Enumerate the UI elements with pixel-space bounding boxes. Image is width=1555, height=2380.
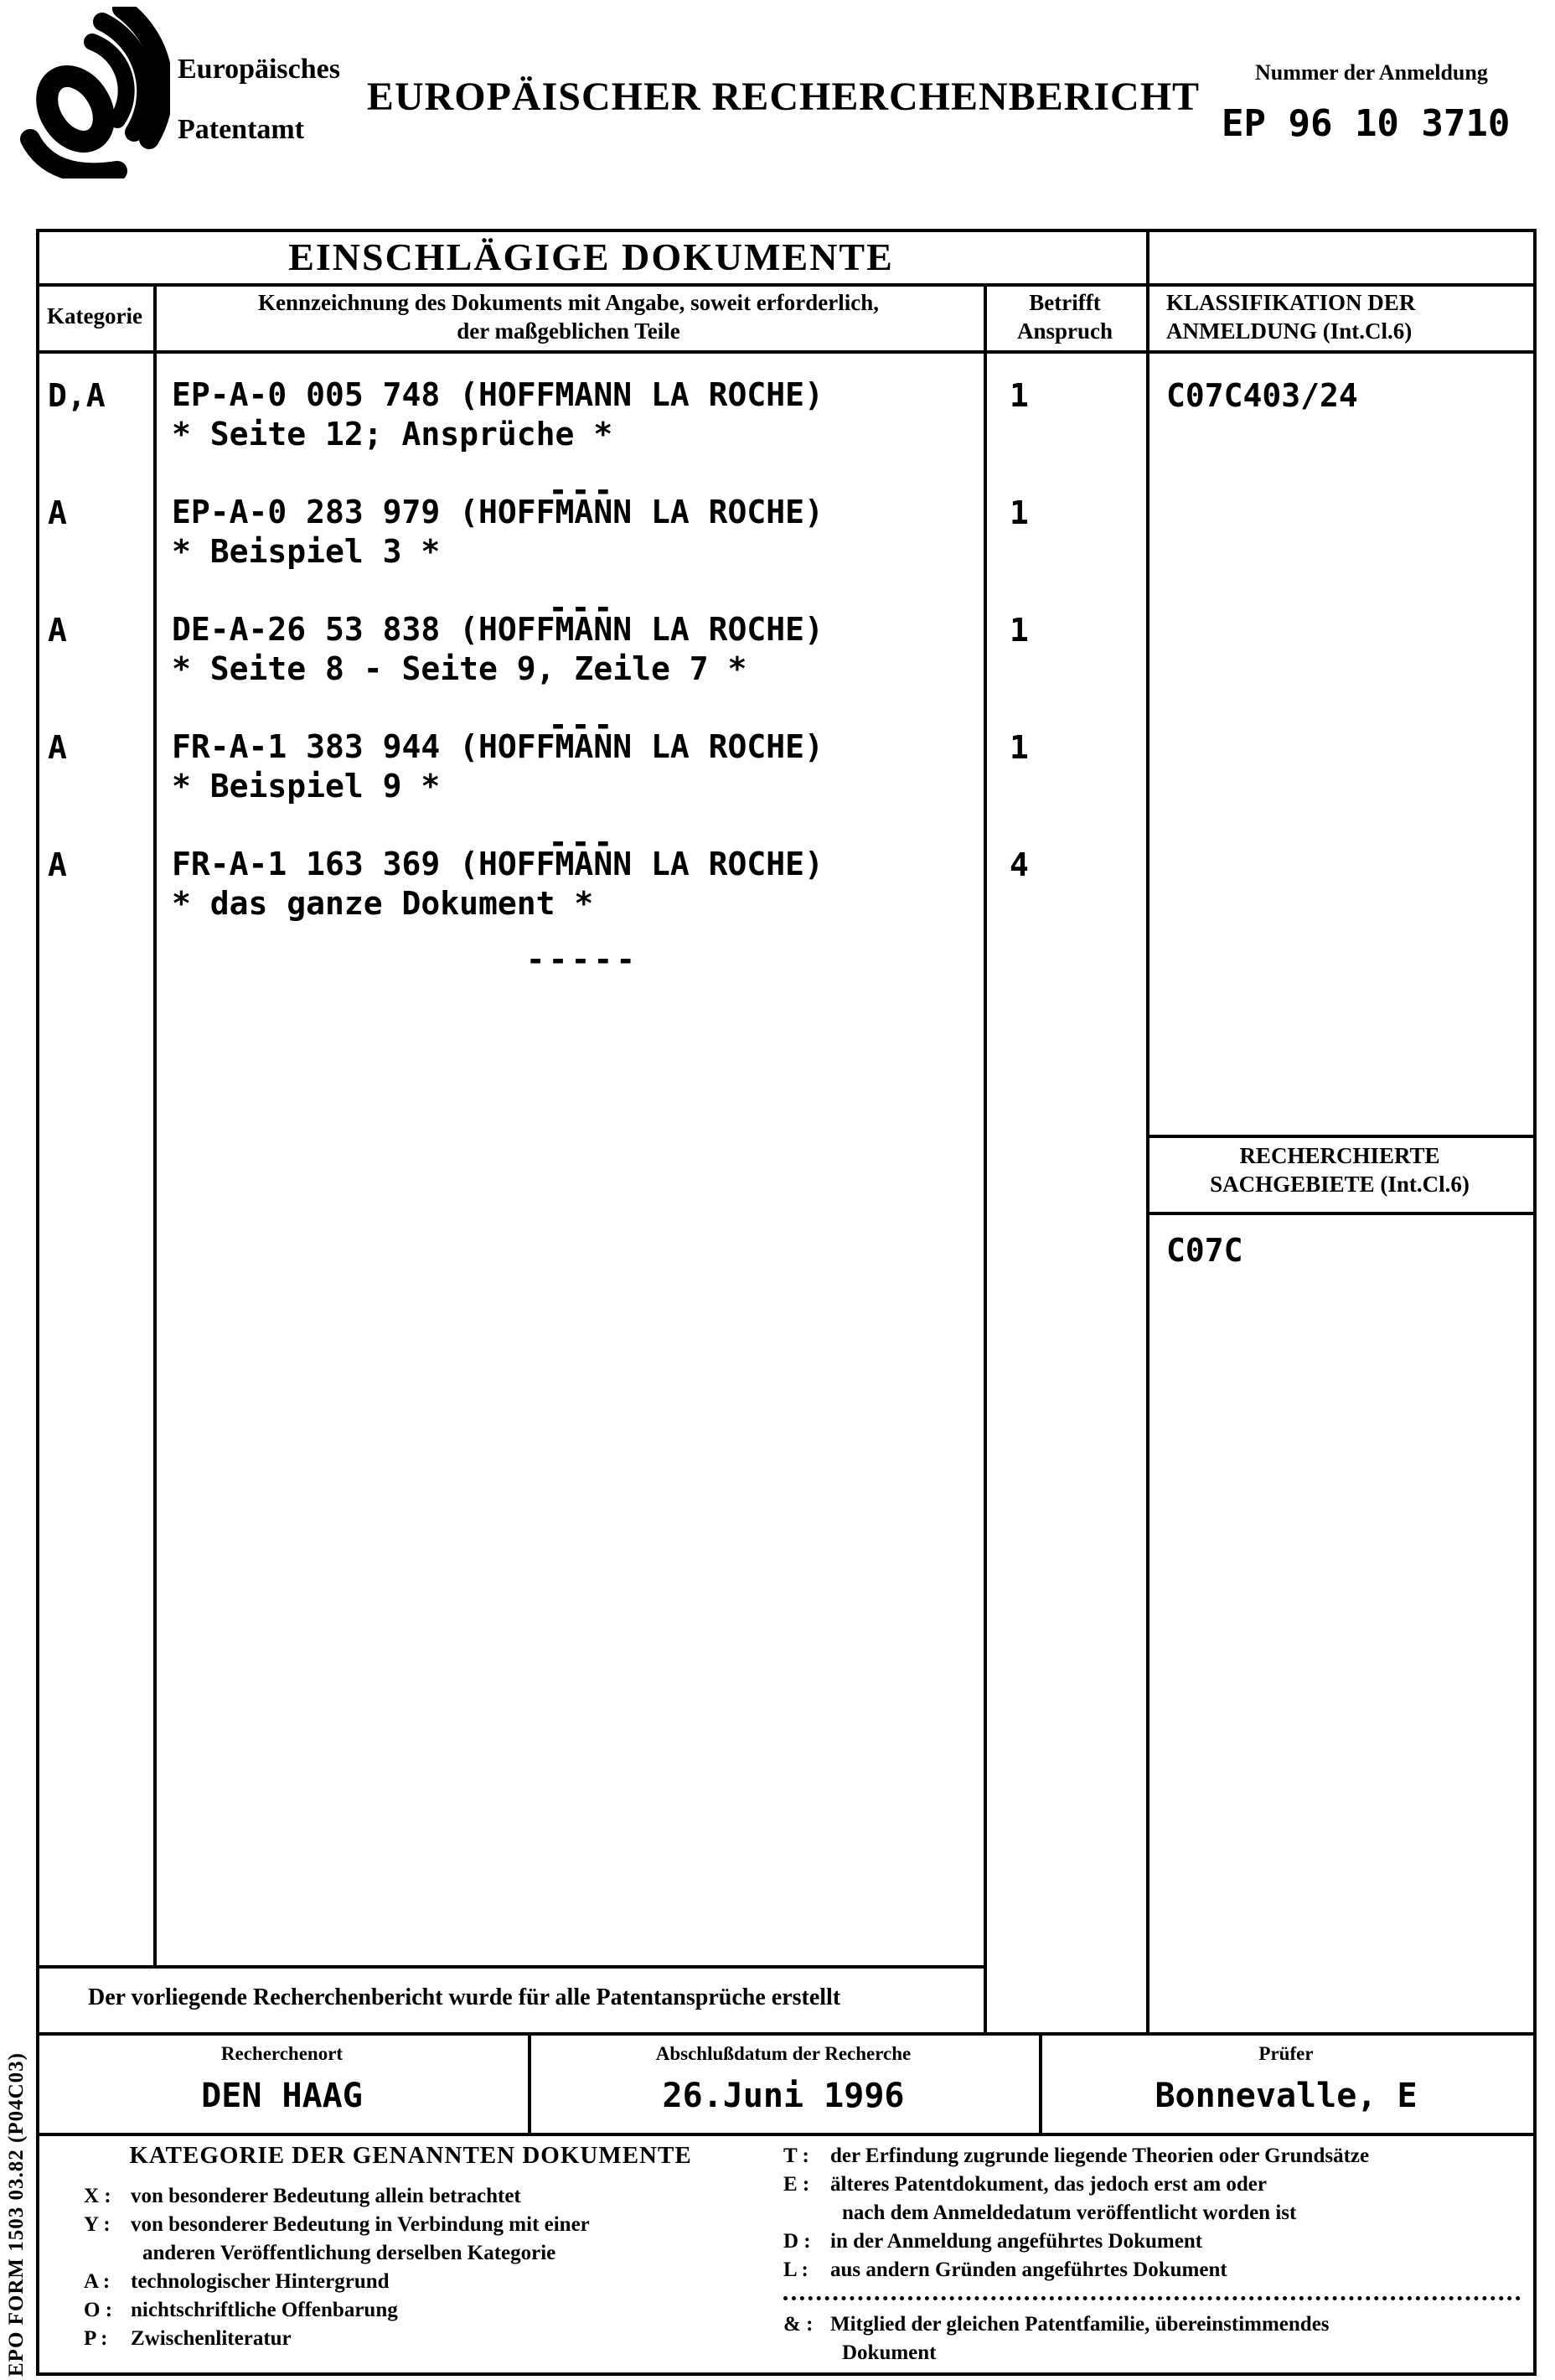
legend-text: von besonderer Bedeutung allein betracht… [131, 2182, 521, 2211]
citation-reference: EP-A-0 005 748 (HOFFMANN LA ROCHE) [172, 375, 824, 415]
citation-claim: 1 [1010, 729, 1029, 766]
citation-detail: * Beispiel 9 * [172, 767, 824, 806]
application-number-label: Nummer der Anmeldung [1255, 60, 1488, 85]
citation-category: A [48, 494, 67, 531]
search-report-page: Europäisches Patentamt EUROPÄISCHER RECH… [0, 0, 1555, 2380]
legend-text: Mitglied der gleichen Patentfamilie, übe… [830, 2310, 1330, 2339]
citation-category: A [48, 846, 67, 883]
citation-detail: * das ganze Dokument * [172, 884, 824, 924]
citation-text: FR-A-1 383 944 (HOFFMANN LA ROCHE)* Beis… [172, 727, 824, 806]
citation-text: FR-A-1 163 369 (HOFFMANN LA ROCHE)* das … [172, 845, 824, 924]
table-border-right [1533, 229, 1537, 2376]
line-under-table-title [36, 283, 1537, 287]
completion-note-box-top [36, 1965, 987, 1969]
citation-claim: 1 [1010, 377, 1029, 414]
page-title: EUROPÄISCHER RECHERCHENBERICHT [360, 74, 1206, 120]
search-place-label: Recherchenort [36, 2043, 528, 2065]
application-number: EP 96 10 3710 [1222, 102, 1510, 145]
line-under-column-headers [36, 350, 1537, 354]
legend-left-column: X :von besonderer Bedeutung allein betra… [84, 2182, 779, 2353]
examiner-label: Prüfer [1039, 2043, 1533, 2065]
table-title: EINSCHLÄGIGE DOKUMENTE [36, 235, 1146, 279]
legend-text: nach dem Anmeldedatum veröffentlicht wor… [842, 2199, 1296, 2227]
column-header-classification-line1: KLASSIFIKATION DER [1166, 288, 1533, 317]
legend-entry: X :von besonderer Bedeutung allein betra… [84, 2182, 779, 2211]
completion-note: Der vorliegende Recherchenbericht wurde … [88, 1984, 976, 2011]
legend-entry: T :der Erfindung zugrunde liegende Theor… [783, 2142, 1529, 2170]
legend-entry: & :Mitglied der gleichen Patentfamilie, … [783, 2310, 1529, 2339]
legend-text: anderen Veröffentlichung derselben Kateg… [142, 2239, 555, 2268]
citation-category: A [48, 729, 67, 766]
legend-entry-continuation: anderen Veröffentlichung derselben Kateg… [84, 2239, 779, 2268]
citation-reference: FR-A-1 383 944 (HOFFMANN LA ROCHE) [172, 727, 824, 767]
table-border-top [36, 229, 1537, 232]
classification-value: C07C403/24 [1166, 377, 1358, 414]
form-code: EPO FORM 1503 03.82 (P04C03) [5, 2052, 28, 2377]
searched-fields-value: C07C [1166, 1232, 1243, 1269]
citation-row: A FR-A-1 383 944 (HOFFMANN LA ROCHE)* Be… [36, 727, 1533, 845]
citation-category: D,A [48, 377, 106, 414]
legend-text: Dokument [842, 2339, 937, 2367]
citation-detail: * Seite 8 - Seite 9, Zeile 7 * [172, 649, 824, 689]
epo-logo [15, 7, 170, 178]
citation-category: A [48, 612, 67, 649]
search-place-value: DEN HAAG [36, 2077, 528, 2115]
legend-text: der Erfindung zugrunde liegende Theorien… [830, 2142, 1369, 2170]
examiner-value: Bonnevalle, E [1039, 2077, 1533, 2115]
citation-separator: ----- [172, 941, 993, 978]
legend-key: X : [84, 2182, 131, 2211]
legend-key: P : [84, 2325, 131, 2353]
legend-text: technologischer Hintergrund [131, 2268, 390, 2296]
legend-entry: A :technologischer Hintergrund [84, 2268, 779, 2296]
citation-row: A FR-A-1 163 369 (HOFFMANN LA ROCHE)* da… [36, 845, 1533, 962]
legend-text: in der Anmeldung angeführtes Dokument [830, 2227, 1202, 2256]
legend-title: KATEGORIE DER GENANNTEN DOKUMENTE [84, 2142, 737, 2170]
legend-key: Y : [84, 2211, 131, 2239]
citation-detail: * Beispiel 3 * [172, 532, 824, 572]
legend-entry: L :aus andern Gründen angeführtes Dokume… [783, 2256, 1529, 2284]
searched-fields-box-top [1146, 1135, 1537, 1138]
legend-key: & : [783, 2310, 830, 2339]
column-header-classification-line2: ANMELDUNG (Int.Cl.6) [1166, 317, 1533, 345]
legend-key: D : [783, 2227, 830, 2256]
dotted-separator [783, 2296, 1521, 2300]
citation-claim: 1 [1010, 612, 1029, 649]
citation-claim: 4 [1010, 846, 1029, 883]
legend-entry: P :Zwischenliteratur [84, 2325, 779, 2353]
table-border-bottom [36, 2372, 1537, 2376]
legend-box-top [36, 2133, 1537, 2136]
citation-text: EP-A-0 283 979 (HOFFMANN LA ROCHE)* Beis… [172, 493, 824, 572]
searched-fields-header-line1: RECHERCHIERTE [1146, 1141, 1533, 1170]
legend-text: Zwischenliteratur [131, 2325, 292, 2353]
column-header-claim-line2: Anspruch [984, 317, 1146, 345]
citation-row: A EP-A-0 283 979 (HOFFMANN LA ROCHE)* Be… [36, 493, 1533, 610]
citation-text: DE-A-26 53 838 (HOFFMANN LA ROCHE)* Seit… [172, 610, 824, 689]
epo-logo-graphic [15, 7, 170, 178]
legend-entry-continuation: Dokument [783, 2339, 1529, 2367]
legend-key: E : [783, 2170, 830, 2199]
legend-key: A : [84, 2268, 131, 2296]
footer-row-top [36, 2032, 1537, 2036]
legend-key: O : [84, 2296, 131, 2325]
citation-reference: DE-A-26 53 838 (HOFFMANN LA ROCHE) [172, 610, 824, 649]
citation-claim: 1 [1010, 494, 1029, 531]
citation-detail: * Seite 12; Ansprüche * [172, 415, 824, 454]
legend-key: L : [783, 2256, 830, 2284]
legend-text: von besonderer Bedeutung in Verbindung m… [131, 2211, 590, 2239]
office-name-line1: Europäisches [178, 55, 340, 84]
legend-text: nichtschriftliche Offenbarung [131, 2296, 398, 2325]
column-header-citation-line1: Kennzeichnung des Dokuments mit Angabe, … [153, 288, 984, 317]
legend-entry: O :nichtschriftliche Offenbarung [84, 2296, 779, 2325]
citation-reference: FR-A-1 163 369 (HOFFMANN LA ROCHE) [172, 845, 824, 884]
legend-entry-continuation: nach dem Anmeldedatum veröffentlicht wor… [783, 2199, 1529, 2227]
searched-fields-box-bottom [1146, 1212, 1537, 1215]
legend-text: älteres Patentdokument, das jedoch erst … [830, 2170, 1267, 2199]
office-name-line2: Patentamt [178, 116, 304, 144]
legend-entry: E :älteres Patentdokument, das jedoch er… [783, 2170, 1529, 2199]
search-date-label: Abschlußdatum der Recherche [528, 2043, 1039, 2065]
citation-reference: EP-A-0 283 979 (HOFFMANN LA ROCHE) [172, 493, 824, 532]
search-date-value: 26.Juni 1996 [528, 2077, 1039, 2115]
column-header-citation-line2: der maßgeblichen Teile [153, 317, 984, 345]
column-header-category: Kategorie [36, 302, 153, 330]
legend-entry: Y :von besonderer Bedeutung in Verbindun… [84, 2211, 779, 2239]
searched-fields-header-line2: SACHGEBIETE (Int.Cl.6) [1146, 1170, 1533, 1198]
citation-row: A DE-A-26 53 838 (HOFFMANN LA ROCHE)* Se… [36, 610, 1533, 727]
legend-right-column: T :der Erfindung zugrunde liegende Theor… [783, 2142, 1529, 2367]
legend-entry: D :in der Anmeldung angeführtes Dokument [783, 2227, 1529, 2256]
legend-key: T : [783, 2142, 830, 2170]
column-header-claim-line1: Betrifft [984, 288, 1146, 317]
legend-text: aus andern Gründen angeführtes Dokument [830, 2256, 1227, 2284]
citation-text: EP-A-0 005 748 (HOFFMANN LA ROCHE)* Seit… [172, 375, 824, 454]
